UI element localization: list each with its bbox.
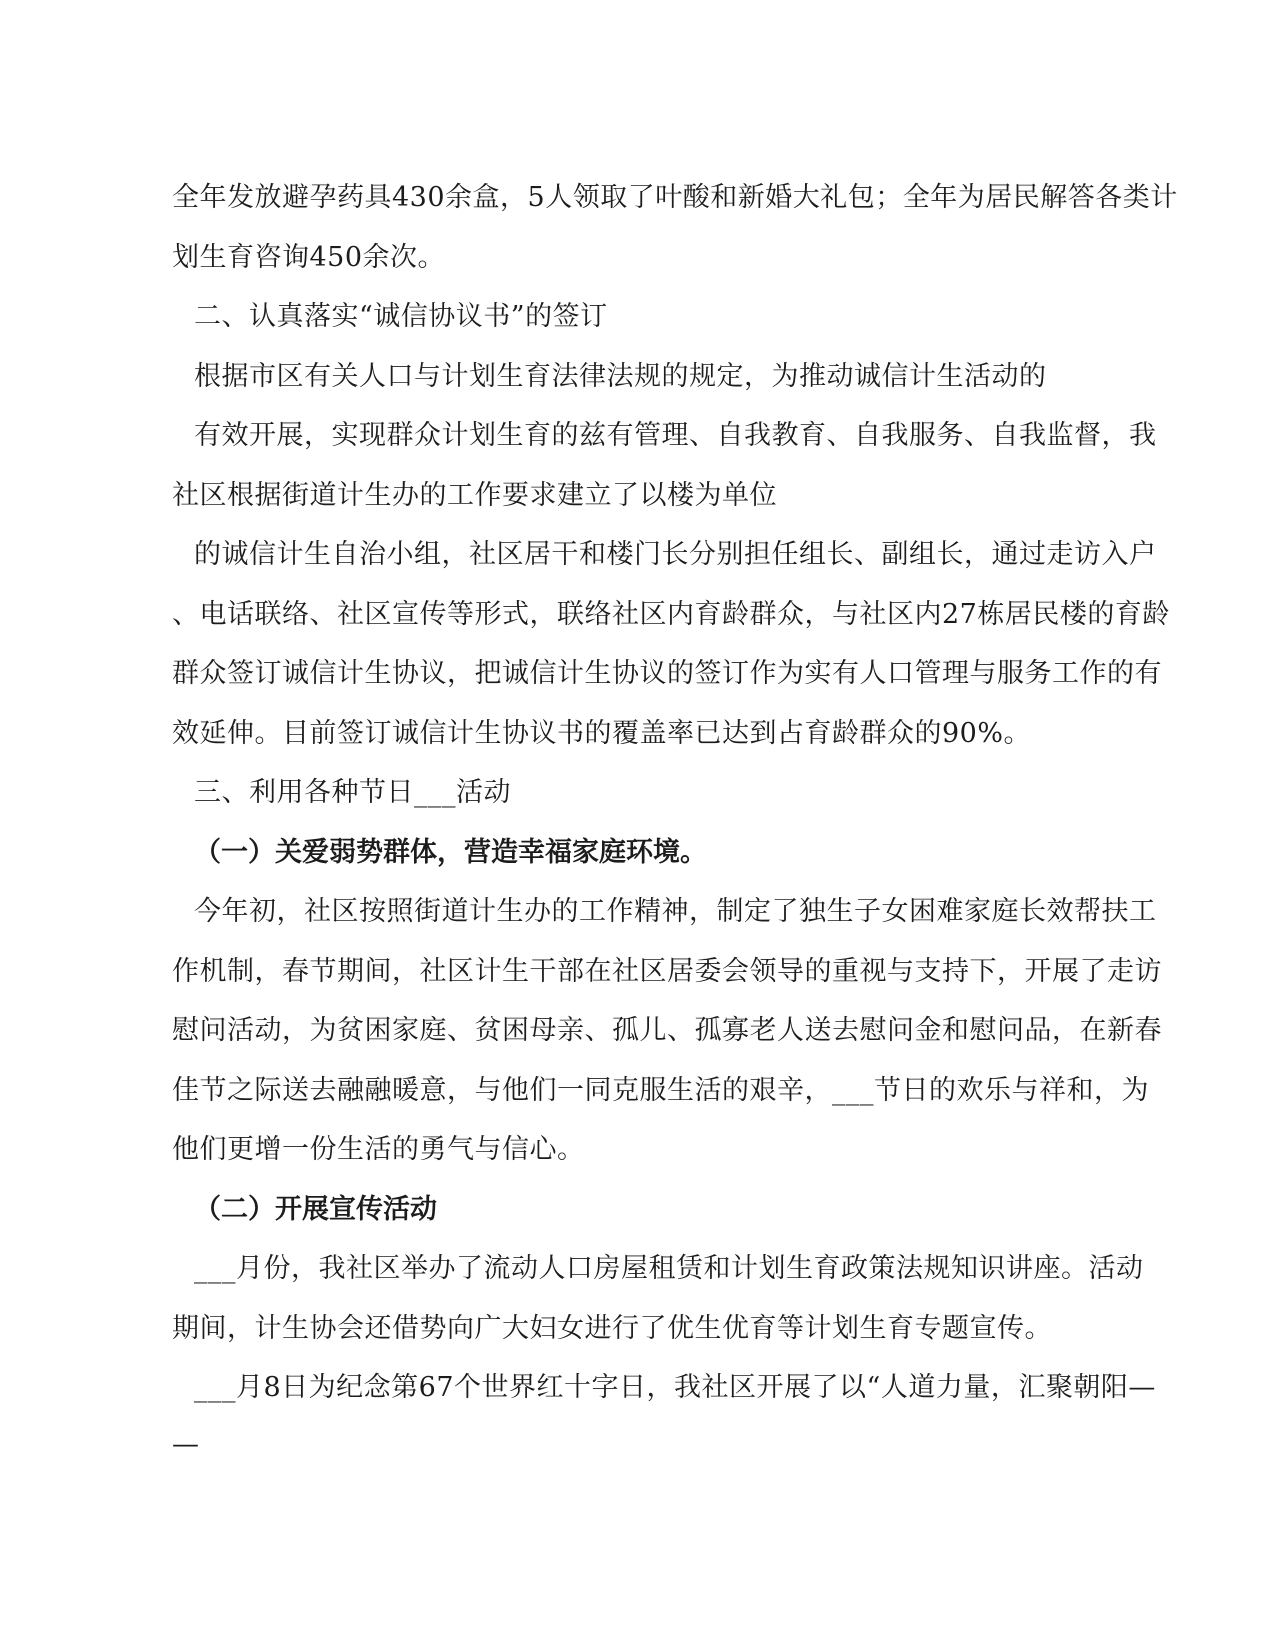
line-text: 二、认真落实“诚信协议书”的签订 — [194, 294, 608, 333]
line-text: 效延伸。目前签订诚信计生协议书的覆盖率已达到占育龄群众的90%。 — [172, 711, 1031, 750]
line-text: （二）开展宣传活动 — [194, 1187, 437, 1226]
document-text-line: 根据市区有关人口与计划生育法律法规的规定，为推动诚信计生活动的 — [172, 344, 1132, 404]
line-text: 划生育咨询450余次。 — [172, 235, 445, 274]
document-text-line: 划生育咨询450余次。 — [172, 225, 1132, 285]
line-text: 有效开展，实现群众计划生育的兹有管理、自我教育、自我服务、自我监督，我 — [194, 413, 1157, 452]
document-page: 全年发放避孕药具430余盒，5人领取了叶酸和新婚大礼包；全年为居民解答各类计划生… — [0, 0, 1275, 1650]
line-text: 社区根据街道计生办的工作要求建立了以楼为单位 — [172, 473, 777, 512]
line-text: 今年初，社区按照街道计生办的工作精神，制定了独生子女困难家庭长效帮扶工 — [194, 889, 1157, 928]
document-text-line: 全年发放避孕药具430余盒，5人领取了叶酸和新婚大礼包；全年为居民解答各类计 — [172, 165, 1132, 225]
document-text-line: 效延伸。目前签订诚信计生协议书的覆盖率已达到占育龄群众的90%。 — [172, 701, 1132, 761]
line-text: （一）关爱弱势群体，营造幸福家庭环境。 — [194, 830, 707, 869]
document-text-line: 、电话联络、社区宣传等形式，联络社区内育龄群众，与社区内27栋居民楼的育龄 — [172, 582, 1132, 642]
document-text-line: 三、利用各种节日___活动 — [172, 760, 1132, 820]
line-text: 期间，计生协会还借势向广大妇女进行了优生优育等计划生育专题宣传。 — [172, 1306, 1052, 1345]
document-text-line: 今年初，社区按照街道计生办的工作精神，制定了独生子女困难家庭长效帮扶工 — [172, 879, 1132, 939]
document-text-line: 佳节之际送去融融暖意，与他们一同克服生活的艰辛，___节日的欢乐与祥和，为 — [172, 1058, 1132, 1118]
document-text-line: ___月份，我社区举办了流动人口房屋租赁和计划生育政策法规知识讲座。活动 — [172, 1236, 1132, 1296]
document-text-line: 有效开展，实现群众计划生育的兹有管理、自我教育、自我服务、自我监督，我 — [172, 403, 1132, 463]
document-text-line: 社区根据街道计生办的工作要求建立了以楼为单位 — [172, 463, 1132, 523]
document-text-line: （二）开展宣传活动 — [172, 1177, 1132, 1237]
document-text-line: 他们更增一份生活的勇气与信心。 — [172, 1117, 1132, 1177]
document-text-line: — — [172, 1415, 1132, 1475]
line-text: 的诚信计生自治小组，社区居干和楼门长分别担任组长、副组长，通过走访入户 — [194, 532, 1157, 571]
document-text-line: 作机制，春节期间，社区计生干部在社区居委会领导的重视与支持下，开展了走访 — [172, 939, 1132, 999]
line-text: 、电话联络、社区宣传等形式，联络社区内育龄群众，与社区内27栋居民楼的育龄 — [172, 592, 1170, 631]
document-text-line: （一）关爱弱势群体，营造幸福家庭环境。 — [172, 820, 1132, 880]
line-text: 根据市区有关人口与计划生育法律法规的规定，为推动诚信计生活动的 — [194, 354, 1047, 393]
line-text: — — [172, 1429, 200, 1460]
line-text: 他们更增一份生活的勇气与信心。 — [172, 1127, 585, 1166]
line-text: 群众签订诚信计生协议，把诚信计生协议的签订作为实有人口管理与服务工作的有 — [172, 651, 1162, 690]
line-text: 佳节之际送去融融暖意，与他们一同克服生活的艰辛，___节日的欢乐与祥和，为 — [172, 1068, 1149, 1107]
document-text-line: 群众签订诚信计生协议，把诚信计生协议的签订作为实有人口管理与服务工作的有 — [172, 641, 1132, 701]
line-text: ___月8日为纪念第67个世界红十字日，我社区开展了以“人道力量，汇聚朝阳— — [194, 1365, 1156, 1404]
document-text-line: 慰问活动，为贫困家庭、贫困母亲、孤儿、孤寡老人送去慰问金和慰问品，在新春 — [172, 998, 1132, 1058]
line-text: 全年发放避孕药具430余盒，5人领取了叶酸和新婚大礼包；全年为居民解答各类计 — [172, 175, 1178, 214]
line-text: 作机制，春节期间，社区计生干部在社区居委会领导的重视与支持下，开展了走访 — [172, 949, 1162, 988]
document-text-line: 的诚信计生自治小组，社区居干和楼门长分别担任组长、副组长，通过走访入户 — [172, 522, 1132, 582]
line-text: 慰问活动，为贫困家庭、贫困母亲、孤儿、孤寡老人送去慰问金和慰问品，在新春 — [172, 1008, 1162, 1047]
line-text: ___月份，我社区举办了流动人口房屋租赁和计划生育政策法规知识讲座。活动 — [194, 1246, 1144, 1285]
line-text: 三、利用各种节日___活动 — [194, 770, 511, 809]
document-body: 全年发放避孕药具430余盒，5人领取了叶酸和新婚大礼包；全年为居民解答各类计划生… — [172, 165, 1132, 1474]
document-text-line: 二、认真落实“诚信协议书”的签订 — [172, 284, 1132, 344]
document-text-line: ___月8日为纪念第67个世界红十字日，我社区开展了以“人道力量，汇聚朝阳— — [172, 1355, 1132, 1415]
document-text-line: 期间，计生协会还借势向广大妇女进行了优生优育等计划生育专题宣传。 — [172, 1296, 1132, 1356]
